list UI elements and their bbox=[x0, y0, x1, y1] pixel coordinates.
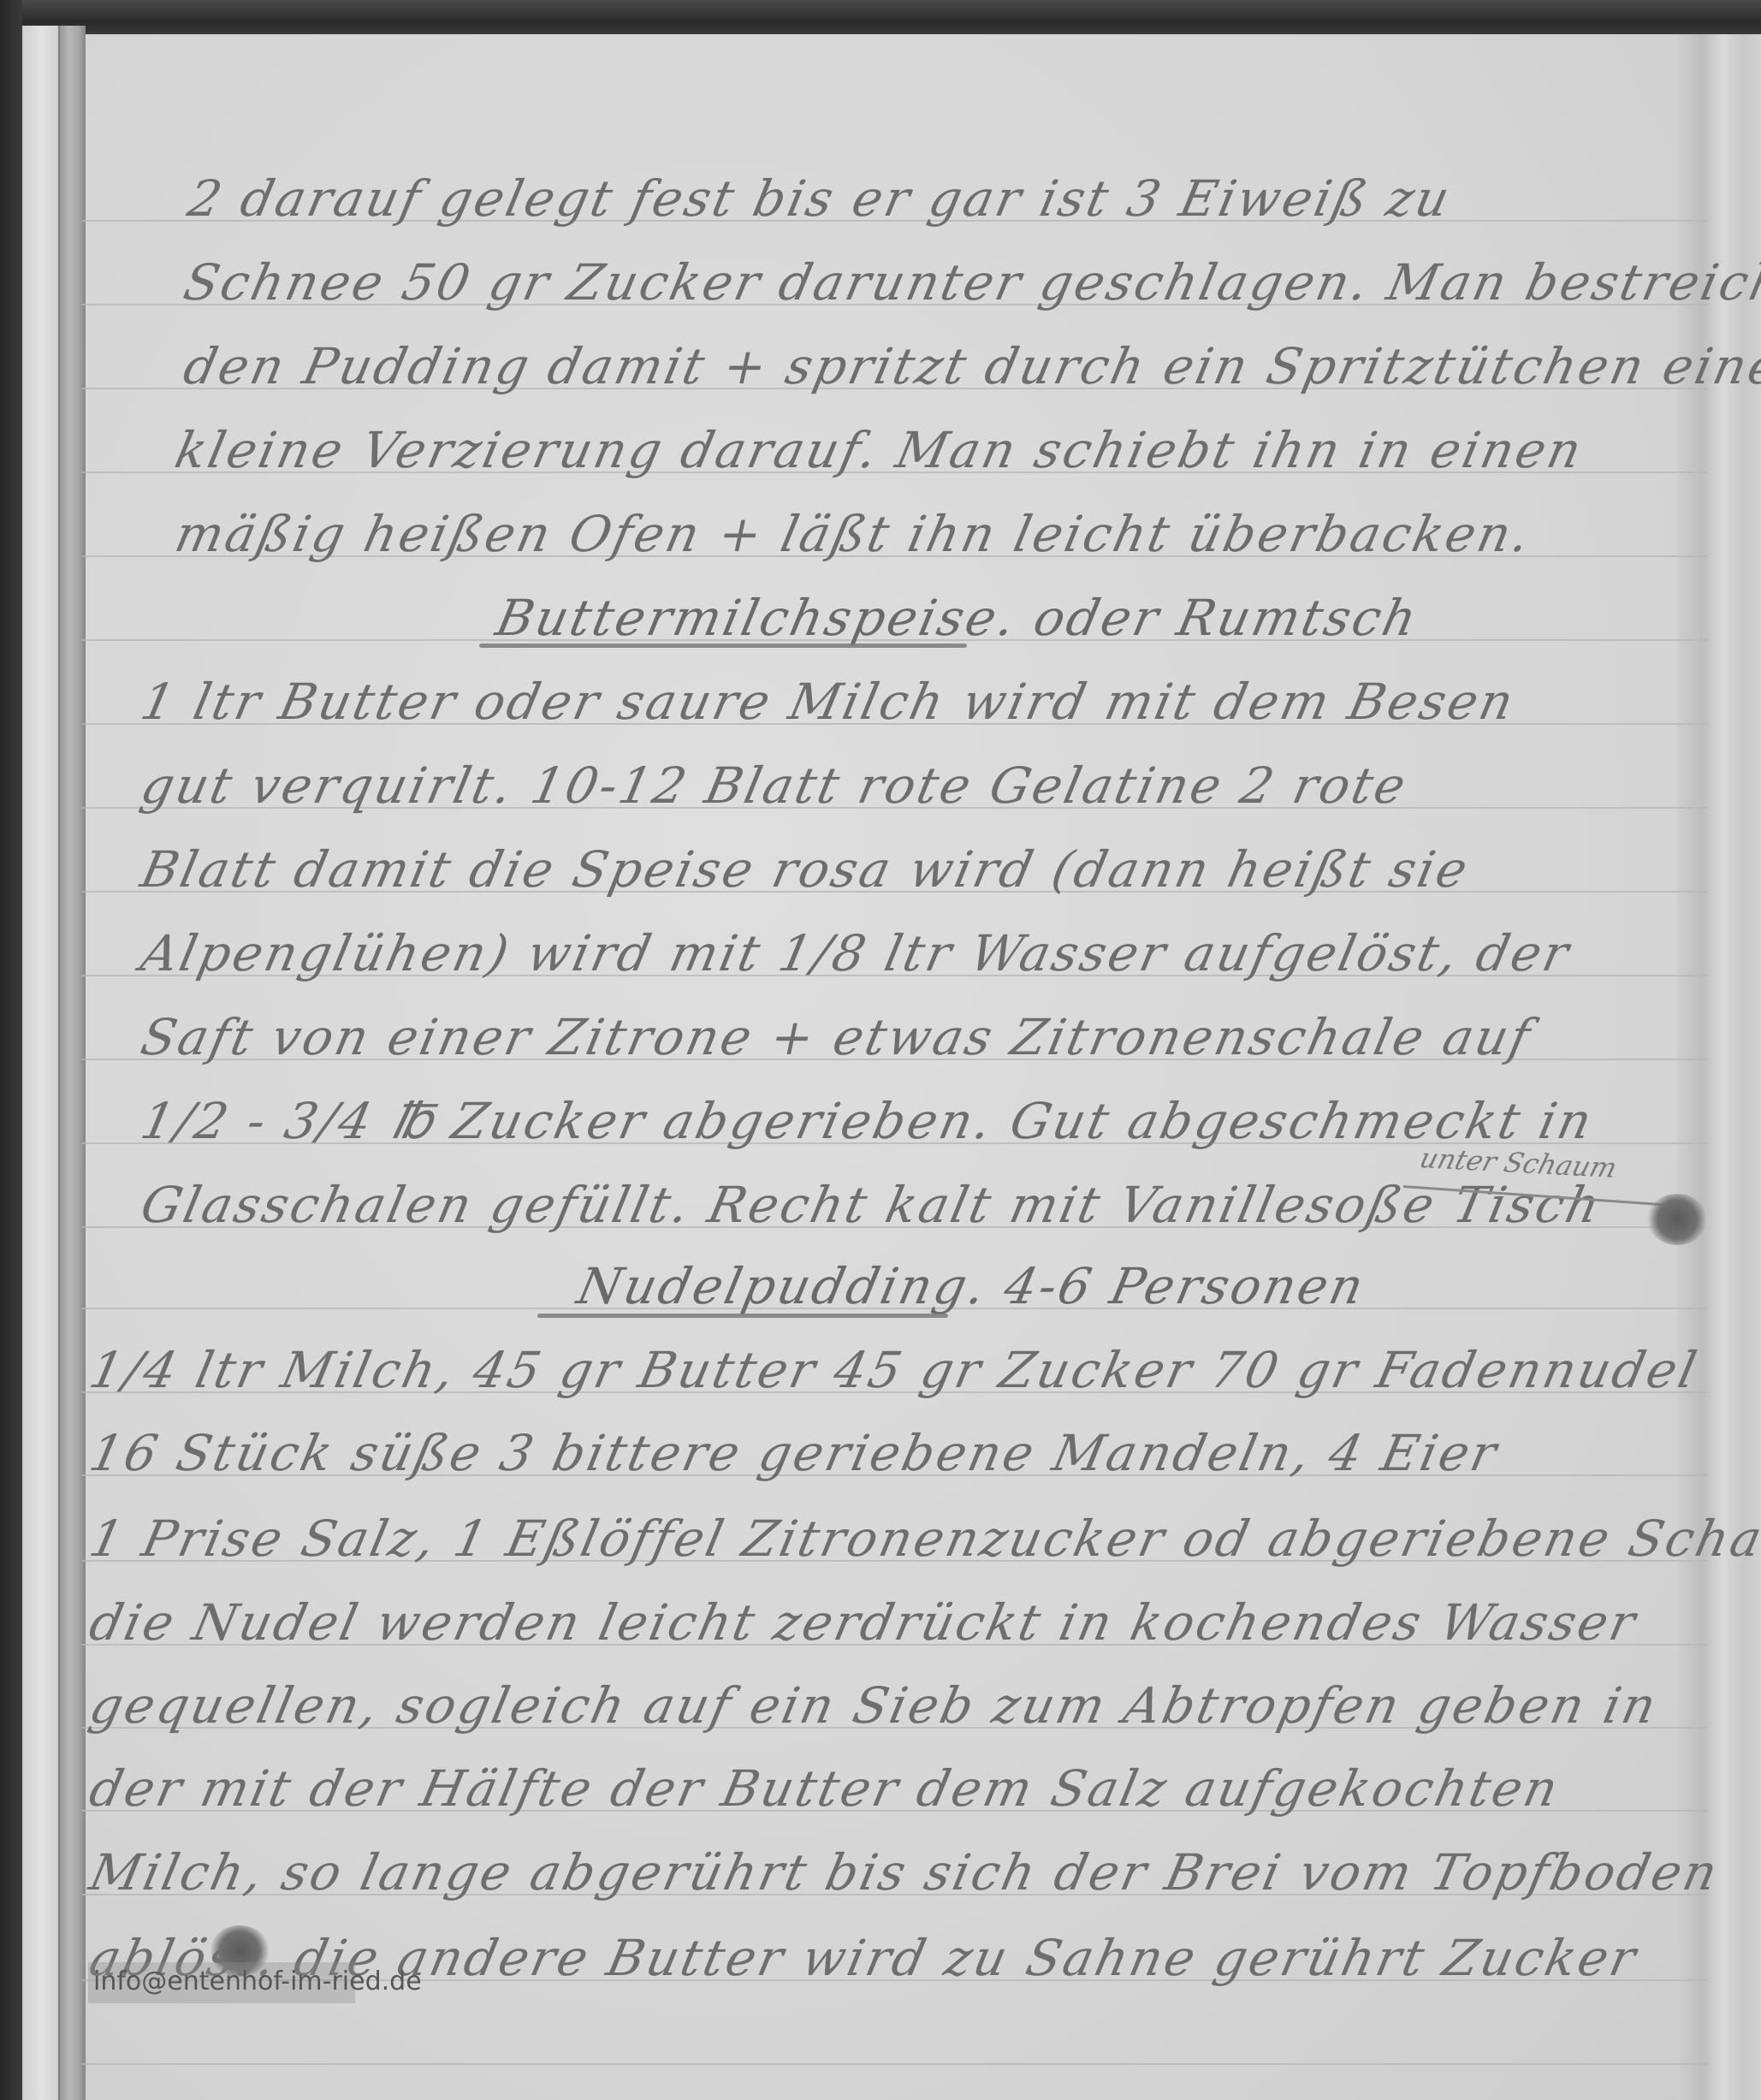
text-line: Saft von einer Zitrone + etwas Zitronens… bbox=[137, 1012, 1537, 1062]
page-edge-left bbox=[22, 26, 60, 2100]
text-line: Blatt damit die Speise rosa wird (dann h… bbox=[137, 845, 1474, 894]
text-line: gut verquirlt. 10-12 Blatt rote Gelatine… bbox=[137, 761, 1412, 810]
heading-underline bbox=[479, 644, 967, 648]
text-line: mäßig heißen Ofen + läßt ihn leicht über… bbox=[171, 509, 1536, 559]
watermark-email: info@entenhof-im-ried.de bbox=[88, 1962, 355, 2003]
text-line: 1 Prise Salz, 1 Eßlöffel Zitronenzucker … bbox=[86, 1514, 1761, 1563]
text-line: 16 Stück süße 3 bittere geriebene Mandel… bbox=[86, 1428, 1503, 1478]
binding-strip bbox=[58, 26, 86, 2100]
text-line: gequellen, sogleich auf ein Sieb zum Abt… bbox=[86, 1681, 1663, 1730]
book-cover-top-edge bbox=[0, 0, 1761, 36]
text-line: den Pudding damit + spritzt durch ein Sp… bbox=[180, 341, 1761, 391]
text-line: kleine Verzierung darauf. Man schiebt ih… bbox=[171, 425, 1588, 475]
book-cover-left-edge bbox=[0, 0, 22, 2100]
heading-underline bbox=[537, 1314, 948, 1318]
ink-blot bbox=[1647, 1194, 1707, 1245]
text-line: Milch, so lange abgerührt bis sich der B… bbox=[86, 1848, 1724, 1897]
text-line: 2 darauf gelegt fest bis er gar ist 3 Ei… bbox=[184, 174, 1456, 223]
text-line: 1/4 ltr Milch, 45 gr Butter 45 gr Zucker… bbox=[86, 1345, 1703, 1395]
recipe-heading-buttermilchspeise: Buttermilchspeise. oder Rumtsch bbox=[492, 593, 1423, 643]
recipe-heading-nudelpudding: Nudelpudding. 4-6 Personen bbox=[573, 1261, 1370, 1311]
text-line: Alpenglühen) wird mit 1/8 ltr Wasser auf… bbox=[137, 928, 1575, 978]
text-line: 1 ltr Butter oder saure Milch wird mit d… bbox=[137, 677, 1520, 727]
text-line: Schnee 50 gr Zucker darunter geschlagen.… bbox=[180, 258, 1761, 307]
text-line: Glasschalen gefüllt. Recht kalt mit Vani… bbox=[137, 1180, 1606, 1230]
ruled-line bbox=[82, 2063, 1708, 2065]
text-line: der mit der Hälfte der Butter dem Salz a… bbox=[86, 1764, 1564, 1813]
text-line: die Nudel werden leicht zerdrückt in koc… bbox=[86, 1598, 1642, 1647]
text-line: 1/2 - 3/4 ℔ Zucker abgerieben. Gut abges… bbox=[137, 1096, 1598, 1146]
